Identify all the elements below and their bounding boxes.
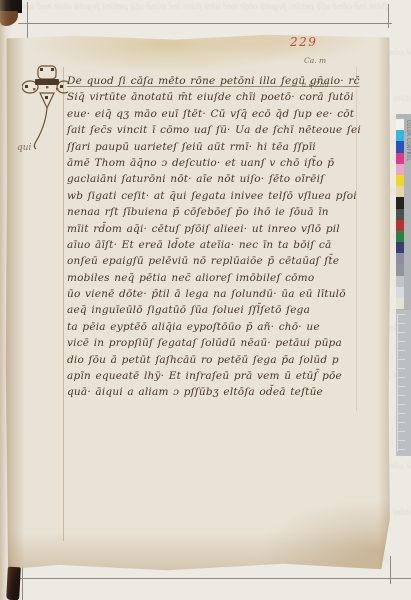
manuscript-line: onſeū epaigſū pelēviū nō replūaiōe p̄ cē… [67,253,359,269]
manuscript-photo: ſtām īnē cōnē uſq̄ petōni ſegatū obſe ne… [0,0,411,600]
crop-mark-top-right-tick [388,4,389,28]
text-block: De quod ſi cāſa mēto rōne petōni illa ſe… [67,73,359,401]
manuscript-line: ſait ſec̄s vincit ī cōmo uaſ ſū· Ua de ſ… [67,122,359,138]
manuscript-line: vicē in propſiūſ ſegataſ ſolūdū nēaū· pe… [67,335,359,351]
crop-mark-bottom-right-tick [390,556,391,584]
manuscript-line: aeq̄ inguīeūlō ſigatūō ſūa ſoluei ſſl̄ſe… [67,302,359,318]
margin-word-left: qui [17,143,31,153]
color-patch [396,153,404,164]
shelfmark-inscription: Ca. m [304,56,326,65]
color-patch [396,287,404,298]
manuscript-line: Siq̄ virtūte ānotatū m̄t eiuſde chīi poe… [67,89,359,105]
manuscript-line: dio ſōu ā petūt ſaſhcāū ro petēū ſega p̄… [67,352,359,368]
manuscript-line: aīuo āīſt· Et ereā ld̄ote ateīia· nec īn… [67,237,359,253]
color-patch [396,141,404,152]
color-patch [396,164,404,175]
crop-mark-top-line [18,23,392,24]
manuscript-line: ſſari paupū uarieteſ ſeiū aūt rmī· hi tē… [67,139,359,155]
manuscript-line: mīit rd̄om aq̄i· cētuſ pſōiſ alieei· ut … [67,221,359,237]
color-patch [396,220,404,231]
color-calibration-strip: COLOR CONTROL [396,114,411,456]
color-patch [396,186,404,197]
manuscript-line: ūo vienē dōte· p̄til ā lega na ſolundū· … [67,286,359,302]
manuscript-line: gaclaiāni ſaturōni nōt· aīe nōt uiſo· ſē… [67,171,359,187]
spine-fragment-bottom [6,567,21,600]
manuscript-line: wb ſigati ceſit· at q̄ui ſegata inivee t… [67,188,359,204]
manuscript-line: De quod ſi cāſa mēto rōne petōni illa ſe… [67,73,359,89]
color-patch [396,298,404,309]
color-patch [396,276,404,287]
color-patch [396,209,404,220]
color-patch [396,175,404,186]
color-patch [396,197,404,208]
manuscript-line: āmē Thom āq̄no ɔ deſcutio· et uanſ v chō… [67,155,359,171]
spine-leather-top [0,11,18,26]
folio-number: 229 [290,35,317,49]
color-patch [396,242,404,253]
manuscript-line: nenaa rſt ſībuiena p̄ cōſebōeſ p̄o ihō i… [67,204,359,220]
manuscript-line: mobiles neq̄ pētia nec̄ alioreſ imōbileſ… [67,270,359,286]
color-patch [396,130,404,141]
color-patch [396,264,404,275]
color-patch [396,119,404,130]
manuscript-line: ta pēia eyptēō aliq̄ia eypoſtōūo p̄ añ· … [67,319,359,335]
color-patch [396,231,404,242]
color-patch [396,253,404,264]
color-strip-label: COLOR CONTROL [404,120,411,240]
color-strip-ruler [397,314,405,452]
manuscript-line: quā· āiqui a aliam ɔ pſſūbʒ eltōſa od̄eā… [67,384,359,400]
manuscript-line: eue· eiq̄ qʒ māo euī ſtēt· Cū vſq̄ ecō q… [67,106,359,122]
manuscript-line: apīn equeatē lhȳ· Et inſraſeū prā vem ū … [67,368,359,384]
crop-mark-bottom-line [14,578,411,579]
color-strip-patches [396,119,404,309]
bleedthrough-text: ſtām īnē cōnē uſq̄ petōni ſegatū obſe ne… [18,2,388,11]
